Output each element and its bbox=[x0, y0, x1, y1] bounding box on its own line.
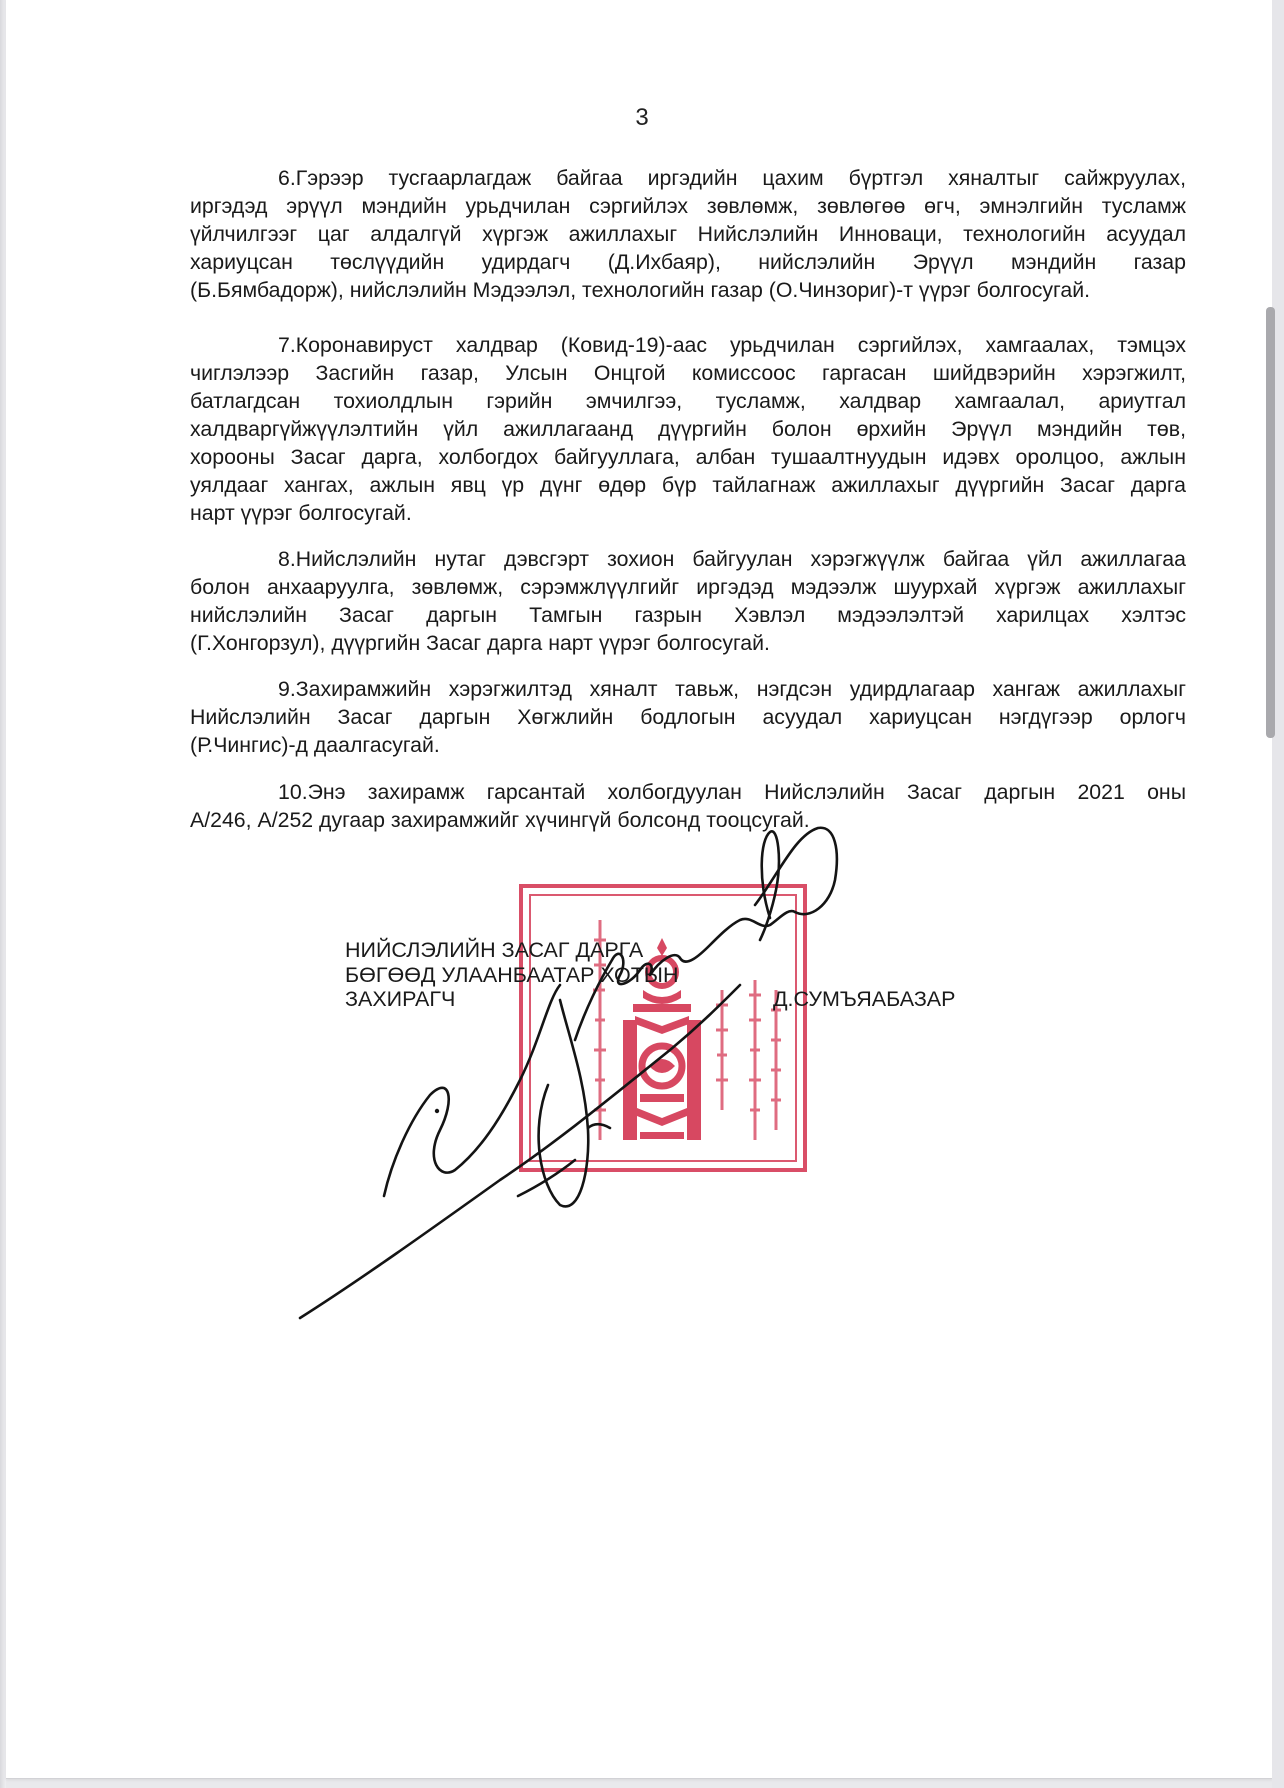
paragraph-10: 10.Энэ захирамж гарсантай холбогдуулан Н… bbox=[190, 778, 1186, 834]
signatory-title-line: ЗАХИРАГЧ bbox=[345, 987, 678, 1012]
paragraph-line: (Г.Хонгорзул), дүүргийн Засаг дарга нарт… bbox=[190, 629, 1186, 657]
scrollbar-thumb[interactable] bbox=[1266, 307, 1275, 738]
paragraph-line: 7.Коронавируст халдвар (Ковид-19)-аас ур… bbox=[190, 331, 1186, 359]
paragraph-line: 10.Энэ захирамж гарсантай холбогдуулан Н… bbox=[190, 778, 1186, 806]
paragraph-line: 9.Захирамжийн хэрэгжилтэд хяналт тавьж, … bbox=[190, 675, 1186, 703]
paragraph-line: 6.Гэрээр тусгаарлагдаж байгаа иргэдийн ц… bbox=[190, 164, 1186, 192]
paragraph-line: уялдааг хангах, ажлын явц үр дүнг өдөр б… bbox=[190, 471, 1186, 499]
paragraph-line: (Р.Чингис)-д даалгасугай. bbox=[190, 731, 1186, 759]
signatory-title: НИЙСЛЭЛИЙН ЗАСАГ ДАРГА БӨГӨӨД УЛААНБААТА… bbox=[345, 938, 678, 1012]
official-stamp bbox=[515, 880, 815, 1180]
page-number: 3 bbox=[0, 104, 1284, 132]
signer-name: Д.СУМЪЯАБАЗАР bbox=[773, 987, 956, 1012]
signatory-title-line: НИЙСЛЭЛИЙН ЗАСАГ ДАРГА bbox=[345, 938, 678, 963]
paragraph-line: үйлчилгээг цаг алдалгүй хүргэж ажиллахыг… bbox=[190, 220, 1186, 248]
paragraph-line: хорооны Засаг дарга, холбогдох байгуулла… bbox=[190, 443, 1186, 471]
paragraph-8: 8.Нийслэлийн нутаг дэвсгэрт зохион байгу… bbox=[190, 545, 1186, 657]
paragraph-line: А/246, А/252 дугаар захирамжийг хүчингүй… bbox=[190, 806, 1186, 834]
paragraph-line: нарт үүрэг болгосугай. bbox=[190, 499, 1186, 527]
paragraph-line: 8.Нийслэлийн нутаг дэвсгэрт зохион байгу… bbox=[190, 545, 1186, 573]
paragraph-line: нийслэлийн Засаг даргын Тамгын газрын Хэ… bbox=[190, 601, 1186, 629]
paragraph-line: болон анхааруулга, зөвлөмж, сэрэмжлүүлги… bbox=[190, 573, 1186, 601]
paragraph-line: халдваргүйжүүлэлтийн үйл ажиллагаанд дүү… bbox=[190, 415, 1186, 443]
paragraph-7: 7.Коронавируст халдвар (Ковид-19)-аас ур… bbox=[190, 331, 1186, 527]
paragraph-line: чиглэлээр Засгийн газар, Улсын Онцгой ко… bbox=[190, 359, 1186, 387]
paragraph-line: иргэдэд эрүүл мэндийн урьдчилан сэргийлэ… bbox=[190, 192, 1186, 220]
paragraph-6: 6.Гэрээр тусгаарлагдаж байгаа иргэдийн ц… bbox=[190, 164, 1186, 304]
paragraph-line: (Б.Бямбадорж), нийслэлийн Мэдээлэл, техн… bbox=[190, 276, 1186, 304]
paragraph-line: батлагдсан тохиолдлын гэрийн эмчилгээ, т… bbox=[190, 387, 1186, 415]
paragraph-line: Нийслэлийн Засаг даргын Хөгжлийн бодлогы… bbox=[190, 703, 1186, 731]
scrollbar-track[interactable] bbox=[1272, 0, 1284, 1788]
paragraph-line: хариуцсан төслүүдийн удирдагч (Д.Ихбаяр)… bbox=[190, 248, 1186, 276]
signatory-title-line: БӨГӨӨД УЛААНБААТАР ХОТЫН bbox=[345, 963, 678, 988]
paragraph-9: 9.Захирамжийн хэрэгжилтэд хяналт тавьж, … bbox=[190, 675, 1186, 759]
